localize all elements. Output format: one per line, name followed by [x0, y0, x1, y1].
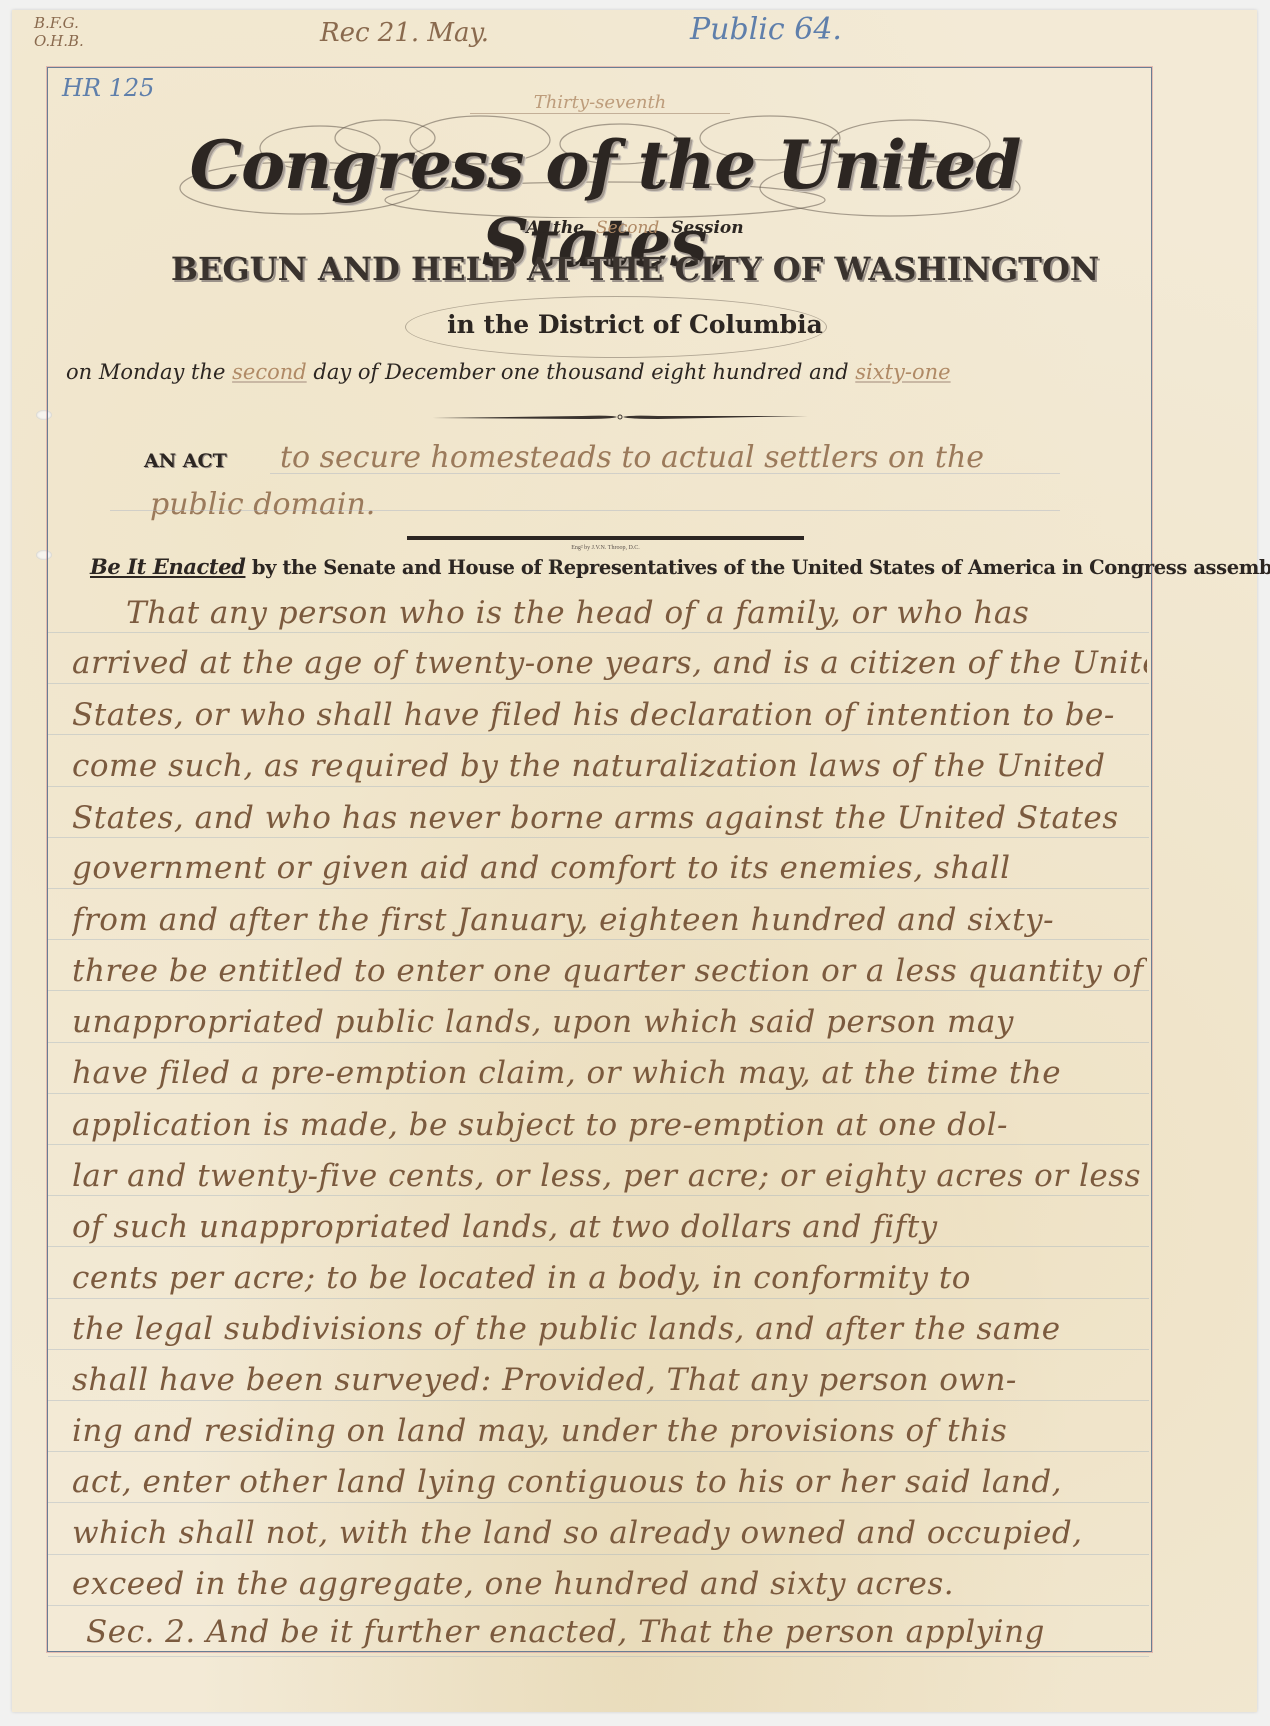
body-line: unappropriated public lands, upon which …: [72, 1004, 1147, 1040]
body-line: act, enter other land lying contiguous t…: [72, 1464, 1147, 1500]
body-line: government or given aid and comfort to i…: [72, 850, 1147, 886]
public-law-note: Public 64.: [690, 12, 842, 47]
ruled-guide-line: [48, 734, 1149, 735]
body-line: lar and twenty-five cents, or less, per …: [72, 1158, 1147, 1194]
ruled-guide-line: [48, 1093, 1149, 1094]
ruled-guide-line: [48, 1144, 1149, 1145]
body-line: of such unappropriated lands, at two dol…: [72, 1209, 1147, 1245]
body-line: application is made, be subject to pre-e…: [72, 1107, 1147, 1143]
ruled-guide-line: [48, 683, 1149, 684]
received-note: Rec 21. May.: [320, 18, 489, 48]
body-line: from and after the first January, eighte…: [72, 902, 1147, 938]
body-line-section-2: Sec. 2. And be it further enacted, That …: [86, 1614, 1161, 1650]
date-day: second: [232, 360, 307, 384]
ruled-guide-line: [48, 1042, 1149, 1043]
ruled-guide-line: [48, 1298, 1149, 1299]
date-year: sixty-one: [855, 360, 950, 384]
act-title-line-1: to secure homesteads to actual settlers …: [280, 440, 984, 475]
margin-initials: B.F.G. O.H.B.: [34, 14, 84, 50]
act-label: AN ACT: [144, 450, 227, 472]
ruled-guide-line: [48, 1195, 1149, 1196]
engraved-rule: [407, 536, 804, 540]
body-line: shall have been surveyed: Provided, That…: [72, 1362, 1147, 1398]
ruled-guide-line: [48, 939, 1149, 940]
date-middle: day of December one thousand eight hundr…: [313, 360, 848, 384]
be-it-enacted: Be It Enacted: [90, 554, 245, 579]
engraver-credit: Eng² by J.V.N. Throop, D.C.: [407, 545, 804, 551]
body-line: cents per acre; to be located in a body,…: [72, 1260, 1147, 1296]
ruled-guide-line: [48, 1400, 1149, 1401]
date-prefix: on Monday the: [66, 360, 225, 384]
body-line: the legal subdivisions of the public lan…: [72, 1311, 1147, 1347]
body-line: which shall not, with the land so alread…: [72, 1515, 1147, 1551]
act-title-guide: [110, 510, 1060, 511]
ruled-guide-line: [48, 888, 1149, 889]
congress-title-block: Congress of the United States,: [150, 108, 1060, 218]
body-line: States, and who has never borne arms aga…: [72, 800, 1147, 836]
body-line: have filed a pre-emption claim, or which…: [72, 1055, 1147, 1091]
body-line: three be entitled to enter one quarter s…: [72, 953, 1147, 989]
ruled-guide-line: [48, 990, 1149, 991]
body-line: arrived at the age of twenty-one years, …: [72, 645, 1147, 681]
ruled-guide-line: [48, 632, 1149, 633]
ruled-guide-line: [48, 1349, 1149, 1350]
divider-ornament-icon: [432, 414, 808, 420]
ruled-guide-line: [48, 1502, 1149, 1503]
act-title-line-2: public domain.: [150, 487, 375, 522]
body-line: That any person who is the head of a fam…: [126, 595, 1201, 631]
ruled-guide-line: [48, 786, 1149, 787]
session-number: Second: [596, 218, 659, 238]
body-line: come such, as required by the naturaliza…: [72, 748, 1147, 784]
body-line: ing and residing on land may, under the …: [72, 1413, 1147, 1449]
initials-line-1: B.F.G.: [34, 14, 84, 32]
session-line: At the Second Session: [0, 218, 1270, 238]
body-line: exceed in the aggregate, one hundred and…: [72, 1566, 1147, 1602]
session-suffix: Session: [671, 218, 743, 238]
enacting-clause-rest: by the Senate and House of Representativ…: [252, 556, 1270, 579]
enacting-clause: Be It Enacted by the Senate and House of…: [90, 554, 1270, 579]
act-title-guide: [270, 473, 1060, 474]
body-line: States, or who shall have filed his decl…: [72, 697, 1147, 733]
initials-line-2: O.H.B.: [34, 32, 84, 50]
ruled-guide-line: [48, 837, 1149, 838]
ruled-guide-line: [48, 1451, 1149, 1452]
district-line: in the District of Columbia: [0, 310, 1270, 339]
ruled-guide-line: [48, 1246, 1149, 1247]
convening-date-line: on Monday the second day of December one…: [66, 360, 1146, 384]
ruled-guide-line: [48, 1605, 1149, 1606]
session-prefix: At the: [526, 218, 584, 238]
begun-and-held-heading: BEGUN AND HELD AT THE CITY OF WASHINGTON: [0, 250, 1270, 288]
ruled-guide-line: [48, 1554, 1149, 1555]
ruled-guide-line: [48, 1656, 1149, 1657]
